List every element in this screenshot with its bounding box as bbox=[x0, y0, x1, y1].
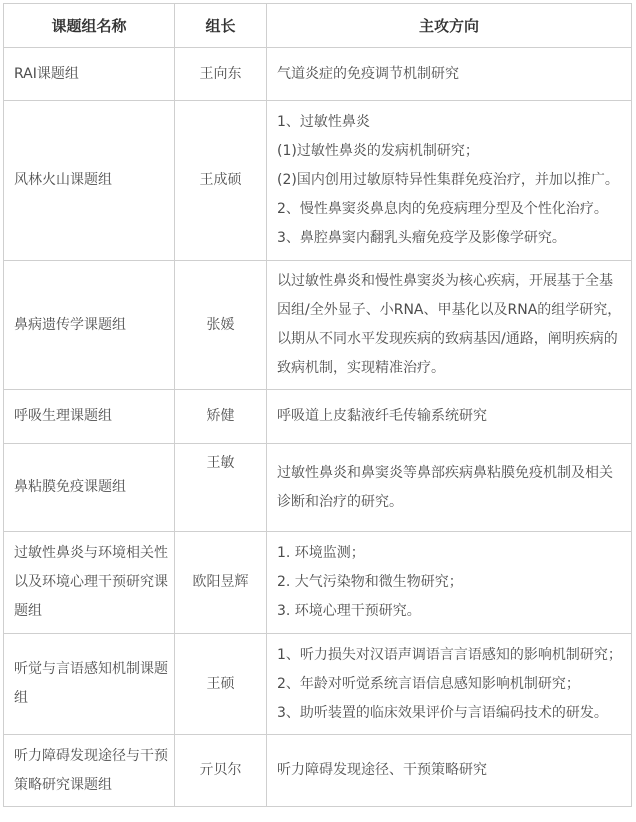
leader-cell: 王成硕 bbox=[175, 101, 267, 261]
direction-line: 呼吸道上皮黏液纤毛传输系统研究 bbox=[277, 402, 626, 431]
group-name-cell: 鼻粘膜免疫课题组 bbox=[4, 444, 175, 532]
direction-line: 2、慢性鼻窦炎鼻息肉的免疫病理分型及个性化治疗。 bbox=[277, 195, 626, 224]
table-header: 课题组名称 组长 主攻方向 bbox=[4, 4, 632, 48]
group-name-cell: 听力障碍发现途径与干预策略研究课题组 bbox=[4, 735, 175, 807]
direction-line: 3、鼻腔鼻窦内翻乳头瘤免疫学及影像学研究。 bbox=[277, 224, 626, 253]
directions-cell: 听力障碍发现途径、干预策略研究 bbox=[267, 735, 632, 807]
table-row: 风林火山课题组王成硕1、过敏性鼻炎(1)过敏性鼻炎的发病机制研究；(2)国内创用… bbox=[4, 101, 632, 261]
table-row: RAI课题组王向东气道炎症的免疫调节机制研究 bbox=[4, 48, 632, 101]
header-main-direction: 主攻方向 bbox=[267, 4, 632, 48]
directions-cell: 1、过敏性鼻炎(1)过敏性鼻炎的发病机制研究；(2)国内创用过敏原特异性集群免疫… bbox=[267, 101, 632, 261]
leader-cell: 矫健 bbox=[175, 390, 267, 444]
table-row: 过敏性鼻炎与环境相关性以及环境心理干预研究课题组欧阳昱辉1. 环境监测；2. 大… bbox=[4, 532, 632, 634]
table-row: 听觉与言语感知机制课题组王硕1、听力损失对汉语声调语言言语感知的影响机制研究；2… bbox=[4, 634, 632, 735]
header-row: 课题组名称 组长 主攻方向 bbox=[4, 4, 632, 48]
page: 课题组名称 组长 主攻方向 RAI课题组王向东气道炎症的免疫调节机制研究风林火山… bbox=[0, 0, 636, 822]
direction-line: 3. 环境心理干预研究。 bbox=[277, 597, 626, 626]
direction-line: 3、助听装置的临床效果评价与言语编码技术的研发。 bbox=[277, 699, 626, 728]
leader-cell: 张媛 bbox=[175, 261, 267, 390]
table-body: RAI课题组王向东气道炎症的免疫调节机制研究风林火山课题组王成硕1、过敏性鼻炎(… bbox=[4, 48, 632, 807]
directions-cell: 气道炎症的免疫调节机制研究 bbox=[267, 48, 632, 101]
direction-line: 2、年龄对听觉系统言语信息感知影响机制研究； bbox=[277, 670, 626, 699]
table-row: 鼻病遗传学课题组张媛以过敏性鼻炎和慢性鼻窦炎为核心疾病，开展基于全基因组/全外显… bbox=[4, 261, 632, 390]
table-row: 呼吸生理课题组矫健呼吸道上皮黏液纤毛传输系统研究 bbox=[4, 390, 632, 444]
header-leader: 组长 bbox=[175, 4, 267, 48]
direction-line: 1、听力损失对汉语声调语言言语感知的影响机制研究； bbox=[277, 641, 626, 670]
directions-cell: 过敏性鼻炎和鼻窦炎等鼻部疾病鼻粘膜免疫机制及相关诊断和治疗的研究。 bbox=[267, 444, 632, 532]
directions-cell: 以过敏性鼻炎和慢性鼻窦炎为核心疾病，开展基于全基因组/全外显子、小RNA、甲基化… bbox=[267, 261, 632, 390]
leader-cell: 王向东 bbox=[175, 48, 267, 101]
direction-line: 气道炎症的免疫调节机制研究 bbox=[277, 60, 626, 89]
direction-line: 听力障碍发现途径、干预策略研究 bbox=[277, 756, 626, 785]
group-name-cell: 风林火山课题组 bbox=[4, 101, 175, 261]
directions-cell: 1. 环境监测；2. 大气污染物和微生物研究；3. 环境心理干预研究。 bbox=[267, 532, 632, 634]
leader-cell: 王敏 bbox=[175, 444, 267, 532]
direction-line: 1、过敏性鼻炎 bbox=[277, 108, 626, 137]
directions-cell: 1、听力损失对汉语声调语言言语感知的影响机制研究；2、年龄对听觉系统言语信息感知… bbox=[267, 634, 632, 735]
table-row: 鼻粘膜免疫课题组王敏过敏性鼻炎和鼻窦炎等鼻部疾病鼻粘膜免疫机制及相关诊断和治疗的… bbox=[4, 444, 632, 532]
direction-line: 2. 大气污染物和微生物研究； bbox=[277, 568, 626, 597]
group-name-cell: 过敏性鼻炎与环境相关性以及环境心理干预研究课题组 bbox=[4, 532, 175, 634]
leader-cell: 欧阳昱辉 bbox=[175, 532, 267, 634]
group-name-cell: 鼻病遗传学课题组 bbox=[4, 261, 175, 390]
directions-cell: 呼吸道上皮黏液纤毛传输系统研究 bbox=[267, 390, 632, 444]
direction-line: 1. 环境监测； bbox=[277, 539, 626, 568]
leader-cell: 亓贝尔 bbox=[175, 735, 267, 807]
table-row: 听力障碍发现途径与干预策略研究课题组亓贝尔听力障碍发现途径、干预策略研究 bbox=[4, 735, 632, 807]
leader-cell: 王硕 bbox=[175, 634, 267, 735]
direction-line: 过敏性鼻炎和鼻窦炎等鼻部疾病鼻粘膜免疫机制及相关诊断和治疗的研究。 bbox=[277, 459, 626, 517]
group-name-cell: 呼吸生理课题组 bbox=[4, 390, 175, 444]
group-name-cell: RAI课题组 bbox=[4, 48, 175, 101]
research-groups-table: 课题组名称 组长 主攻方向 RAI课题组王向东气道炎症的免疫调节机制研究风林火山… bbox=[3, 3, 632, 807]
direction-line: (2)国内创用过敏原特异性集群免疫治疗，并加以推广。 bbox=[277, 166, 626, 195]
direction-line: (1)过敏性鼻炎的发病机制研究； bbox=[277, 137, 626, 166]
direction-line: 以过敏性鼻炎和慢性鼻窦炎为核心疾病，开展基于全基因组/全外显子、小RNA、甲基化… bbox=[277, 267, 626, 383]
header-group-name: 课题组名称 bbox=[4, 4, 175, 48]
group-name-cell: 听觉与言语感知机制课题组 bbox=[4, 634, 175, 735]
